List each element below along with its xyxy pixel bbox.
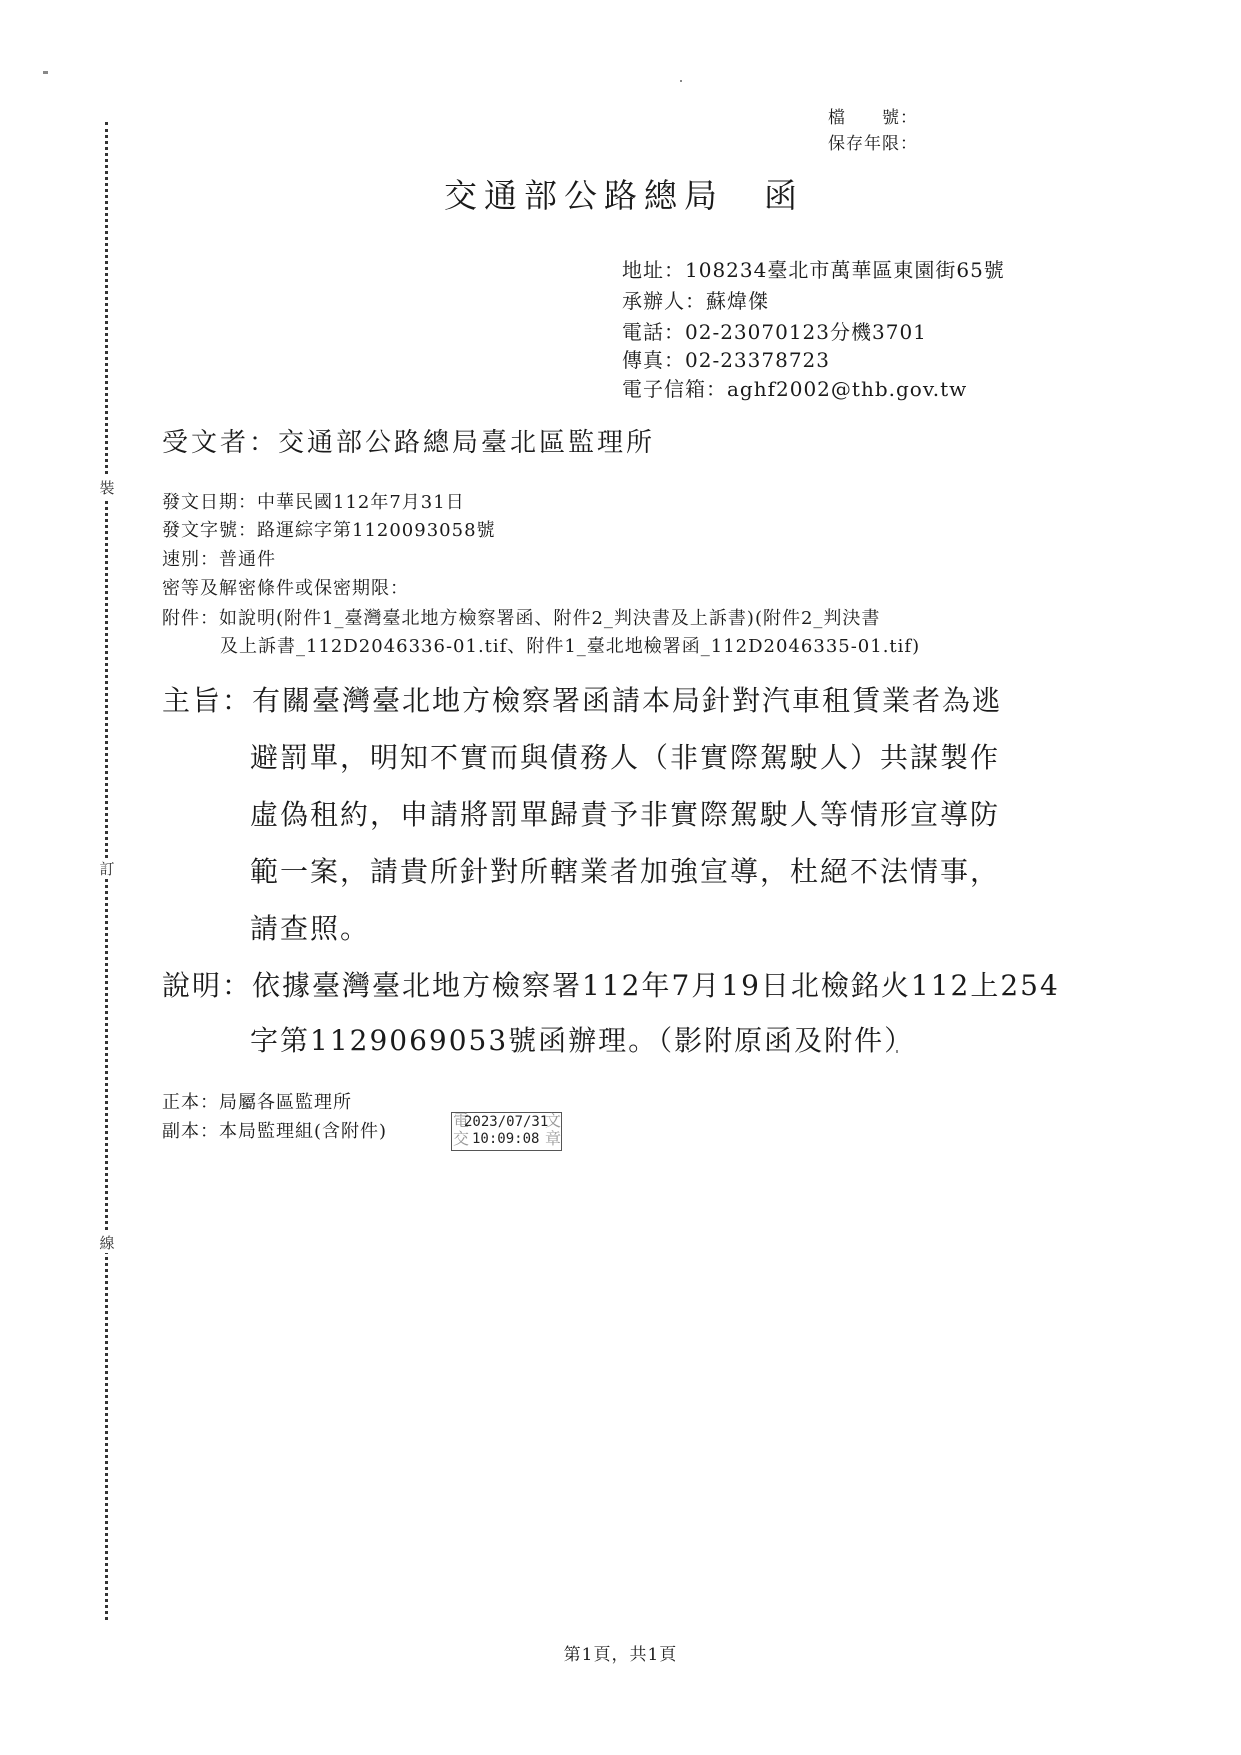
subject-line-4: 範一案，請貴所針對所轄業者加強宣導，杜絕不法情事，	[162, 847, 1000, 897]
file-number-label: 檔 號：	[828, 103, 918, 128]
scan-speck	[43, 71, 48, 74]
retention-period-label: 保存年限：	[828, 129, 918, 154]
sender-phone: 電話：02-23070123分機3701	[622, 316, 927, 345]
subject-line-3: 虛偽租約，申請將罰單歸責予非實際駕駛人等情形宣導防	[162, 790, 1000, 840]
confidentiality: 密等及解密條件或保密期限：	[162, 574, 409, 600]
distribution-original: 正本：局屬各區監理所	[162, 1088, 352, 1114]
electronic-exchange-stamp: 電 交 文 章 2023/07/31 10:09:08	[451, 1112, 562, 1151]
issue-date: 發文日期：中華民國112年7月31日	[162, 488, 465, 514]
attachments-line-2: 及上訴書_112D2046336-01.tif、附件1_臺北地檢署函_112D2…	[220, 632, 920, 658]
subject-line-2: 避罰單，明知不實而與債務人（非實際駕駛人）共謀製作	[162, 733, 1000, 783]
distribution-copy: 副本：本局監理組(含附件)	[162, 1117, 387, 1143]
binding-label-xian: 線	[97, 1232, 117, 1253]
sender-email: 電子信箱：aghf2002@thb.gov.tw	[622, 373, 967, 402]
attachments-line-1: 附件：如說明(附件1_臺灣臺北地方檢察署函、附件2_判決書及上訴書)(附件2_判…	[162, 604, 880, 630]
recipient: 受文者：交通部公路總局臺北區監理所	[162, 422, 655, 459]
stamp-date: 2023/07/31	[464, 1114, 548, 1131]
sender-address: 地址：108234臺北市萬華區東園街65號	[622, 254, 1005, 283]
binding-label-zhuang: 裝	[97, 477, 117, 498]
urgency: 速別：普通件	[162, 545, 276, 571]
binding-label-ding: 訂	[97, 858, 117, 879]
document-number: 發文字號：路運綜字第1120093058號	[162, 516, 496, 542]
document-title: 交通部公路總局 函	[444, 170, 804, 217]
stamp-ghost-char: 交	[453, 1130, 469, 1147]
sender-fax: 傳真：02-23378723	[622, 344, 830, 373]
subject-line-5: 請查照。	[162, 904, 370, 954]
explanation-line-2: 字第1129069053號函辦理。（影附原函及附件）	[162, 1016, 914, 1066]
subject-line-1: 主旨：有關臺灣臺北地方檢察署函請本局針對汽車租賃業者為逃	[162, 676, 1002, 726]
sender-handler: 承辦人：蘇煒傑	[622, 285, 769, 314]
page-indicator: 第1頁，共1頁	[0, 1640, 1241, 1665]
scan-speck	[680, 80, 682, 82]
explanation-line-1: 說明：依據臺灣臺北地方檢察署112年7月19日北檢銘火112上254	[162, 961, 1060, 1011]
stamp-ghost-char: 章	[545, 1130, 561, 1147]
stamp-time: 10:09:08	[472, 1131, 539, 1148]
